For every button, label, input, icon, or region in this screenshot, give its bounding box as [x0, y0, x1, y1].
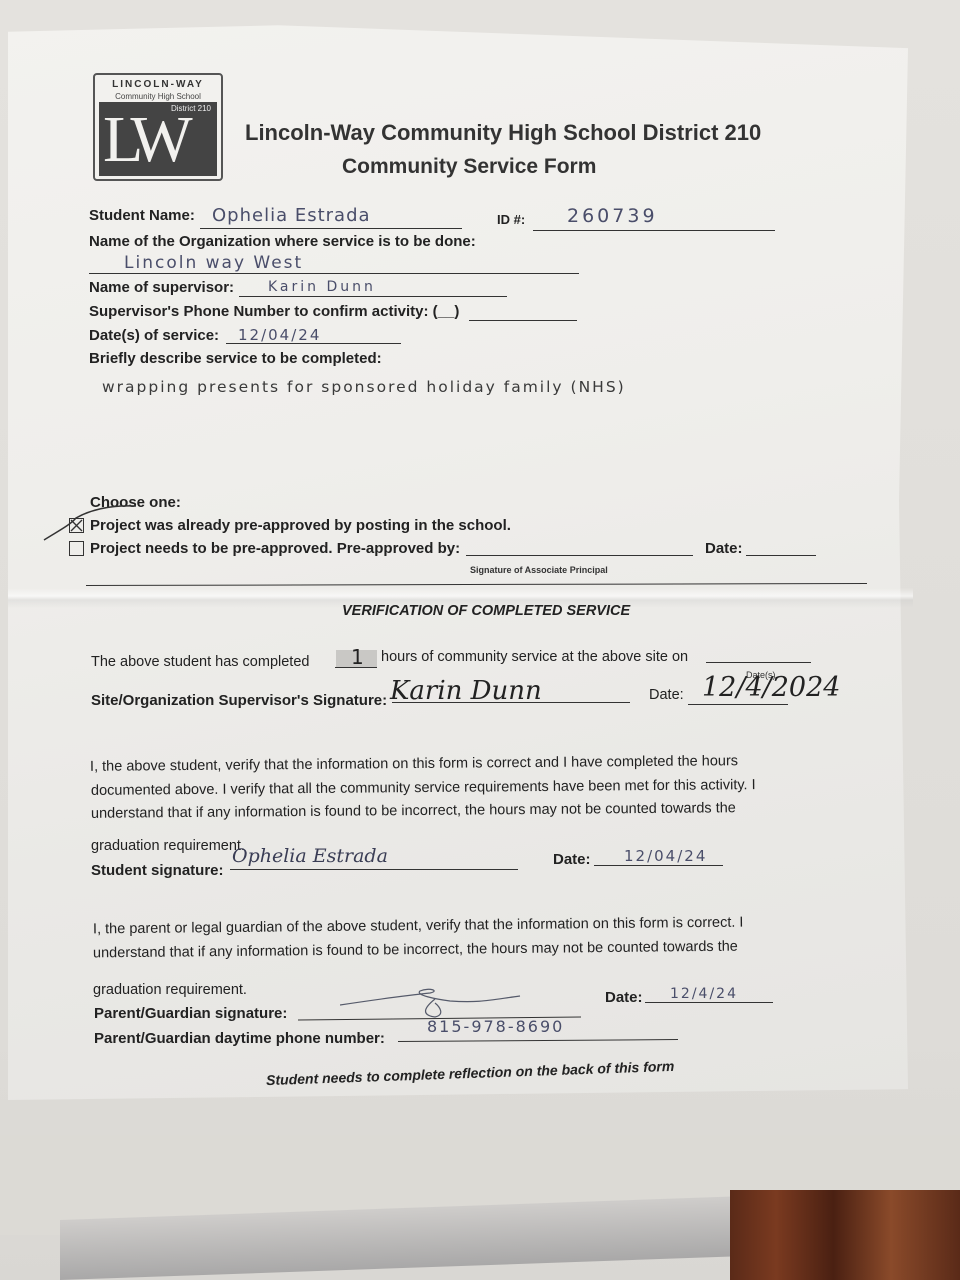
id-line [533, 230, 775, 231]
logo-subtitle: Community High School [95, 92, 221, 101]
preapproved-option-label: Project was already pre-approved by post… [90, 517, 511, 534]
approval-date-label: Date: [705, 540, 743, 557]
parent-signature-label: Parent/Guardian signature: [94, 1005, 287, 1022]
student-signature-label: Student signature: [91, 862, 224, 879]
student-statement-line-4: graduation requirement. [91, 838, 245, 854]
signature-caption: Signature of Associate Principal [470, 565, 608, 575]
form-title: Lincoln-Way Community High School Distri… [245, 120, 761, 146]
needs-approval-option-label: Project needs to be pre-approved. Pre-ap… [90, 540, 460, 557]
supervisor-phone-line [469, 320, 577, 321]
id-field[interactable]: 260739 [567, 205, 658, 227]
parent-date-field[interactable]: 12/4/24 [670, 986, 738, 1002]
approval-date-line[interactable] [746, 555, 816, 556]
supervisor-phone-label: Supervisor's Phone Number to confirm act… [89, 303, 459, 320]
describe-label: Briefly describe service to be completed… [89, 350, 382, 367]
site-date-line[interactable] [706, 662, 811, 663]
student-statement-line-3: understand that if any information is fo… [91, 800, 736, 822]
parent-date-label: Date: [605, 989, 643, 1006]
organization-field[interactable]: Lincoln way West [124, 253, 303, 273]
student-date-field[interactable]: 12/04/24 [624, 847, 707, 865]
logo-name: LINCOLN-WAY [95, 79, 221, 90]
student-statement-line-1: I, the above student, verify that the in… [90, 753, 738, 775]
dates-label: Date(s) of service: [89, 327, 219, 344]
completed-suffix: hours of community service at the above … [381, 649, 688, 665]
supervisor-field[interactable]: Karin Dunn [268, 279, 376, 295]
parent-phone-label: Parent/Guardian daytime phone number: [94, 1030, 385, 1047]
student-statement-line-2: documented above. I verify that all the … [91, 777, 756, 799]
parent-date-line [645, 1002, 773, 1003]
associate-principal-signature-line[interactable] [466, 555, 693, 556]
supervisor-label: Name of supervisor: [89, 279, 234, 296]
student-signature-line [230, 869, 518, 870]
school-logo: LINCOLN-WAY Community High School Distri… [93, 73, 223, 181]
needs-approval-checkbox[interactable] [69, 541, 84, 556]
student-date-label: Date: [553, 851, 591, 868]
describe-field[interactable]: wrapping presents for sponsored holiday … [102, 378, 626, 396]
supervisor-line [239, 296, 507, 297]
hours-field[interactable]: 1 [351, 645, 365, 669]
supervisor-date-label: Date: [649, 687, 684, 703]
id-label: ID #: [497, 212, 525, 227]
supervisor-signature-field[interactable]: Karin Dunn [390, 676, 542, 706]
community-service-form: LINCOLN-WAY Community High School Distri… [0, 0, 960, 1280]
section-divider [86, 583, 867, 586]
parent-statement-line-3: graduation requirement. [93, 982, 247, 998]
logo-monogram: LW [103, 107, 185, 173]
form-subtitle: Community Service Form [342, 155, 596, 179]
parent-phone-field[interactable]: 815-978-8690 [427, 1017, 564, 1036]
student-name-field[interactable]: Ophelia Estrada [212, 205, 371, 226]
supervisor-date-line [688, 704, 788, 705]
student-name-line [200, 228, 462, 229]
student-name-label: Student Name: [89, 207, 195, 224]
student-date-line [594, 865, 723, 866]
completed-prefix: The above student has completed [91, 654, 309, 670]
verification-heading: VERIFICATION OF COMPLETED SERVICE [342, 603, 630, 619]
parent-statement-line-1: I, the parent or legal guardian of the a… [93, 915, 744, 938]
student-signature-field[interactable]: Ophelia Estrada [232, 845, 388, 867]
parent-statement-line-2: understand that if any information is fo… [93, 939, 738, 962]
footer-note: Student needs to complete reflection on … [266, 1058, 675, 1088]
organization-line [89, 273, 579, 274]
supervisor-signature-label: Site/Organization Supervisor's Signature… [91, 692, 387, 709]
dates-field[interactable]: 12/04/24 [238, 326, 321, 344]
parent-phone-line [398, 1039, 678, 1042]
supervisor-date-field[interactable]: 12/4/2024 [702, 672, 840, 703]
organization-label: Name of the Organization where service i… [89, 233, 476, 250]
